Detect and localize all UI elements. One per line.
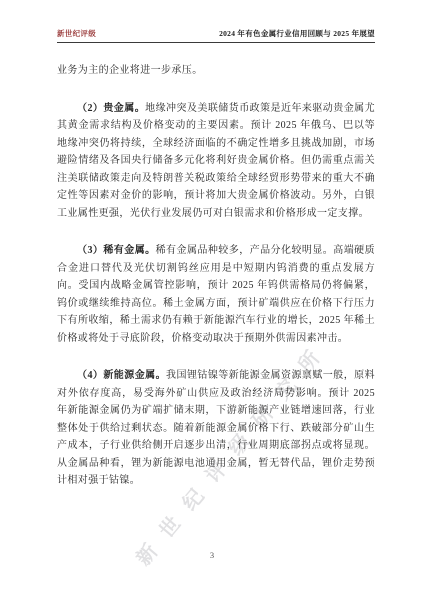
document-page: 新世纪评级 2024 年有色金属行业信用回顾与 2025 年展望 新世纪评级研究…: [0, 0, 424, 600]
brand-logo-text: 新世纪评级: [57, 28, 96, 39]
paragraph-continuation: 业务为主的企业将进一步承压。: [57, 62, 375, 80]
paragraph-precious-metals: （2）贵金属。地缘冲突及美联储货币政策是近年来驱动贵金属尤其黄金需求结构及价格变…: [57, 100, 375, 223]
paragraph-text: 我国锂钴镍等新能源金属资源禀赋一般，原料对外依存度高，易受海外矿山供应及政治经济…: [57, 370, 375, 486]
paragraph-label: （4）新能源金属。: [77, 370, 166, 381]
paragraph-rare-metals: （3）稀有金属。稀有金属品种较多，产品分化较明显。高端硬质合金进口替代及光伏切割…: [57, 242, 375, 347]
paragraph-label: （2）贵金属。: [77, 103, 145, 114]
document-title: 2024 年有色金属行业信用回顾与 2025 年展望: [219, 28, 375, 39]
paragraph-new-energy-metals: （4）新能源金属。我国锂钴镍等新能源金属资源禀赋一般，原料对外依存度高，易受海外…: [57, 367, 375, 490]
paragraph-text: 业务为主的企业将进一步承压。: [57, 65, 203, 76]
body-content: 业务为主的企业将进一步承压。 （2）贵金属。地缘冲突及美联储货币政策是近年来驱动…: [57, 62, 375, 510]
page-footer: 3: [0, 550, 424, 560]
page-header: 新世纪评级 2024 年有色金属行业信用回顾与 2025 年展望: [57, 28, 375, 43]
paragraph-text: 稀有金属品种较多，产品分化较明显。高端硬质合金进口替代及光伏切割钨丝应用是中短期…: [57, 245, 375, 344]
paragraph-label: （3）稀有金属。: [77, 245, 156, 256]
paragraph-text: 地缘冲突及美联储货币政策是近年来驱动贵金属尤其黄金需求结构及价格变动的主要因素。…: [57, 103, 375, 219]
page-number: 3: [210, 550, 214, 560]
